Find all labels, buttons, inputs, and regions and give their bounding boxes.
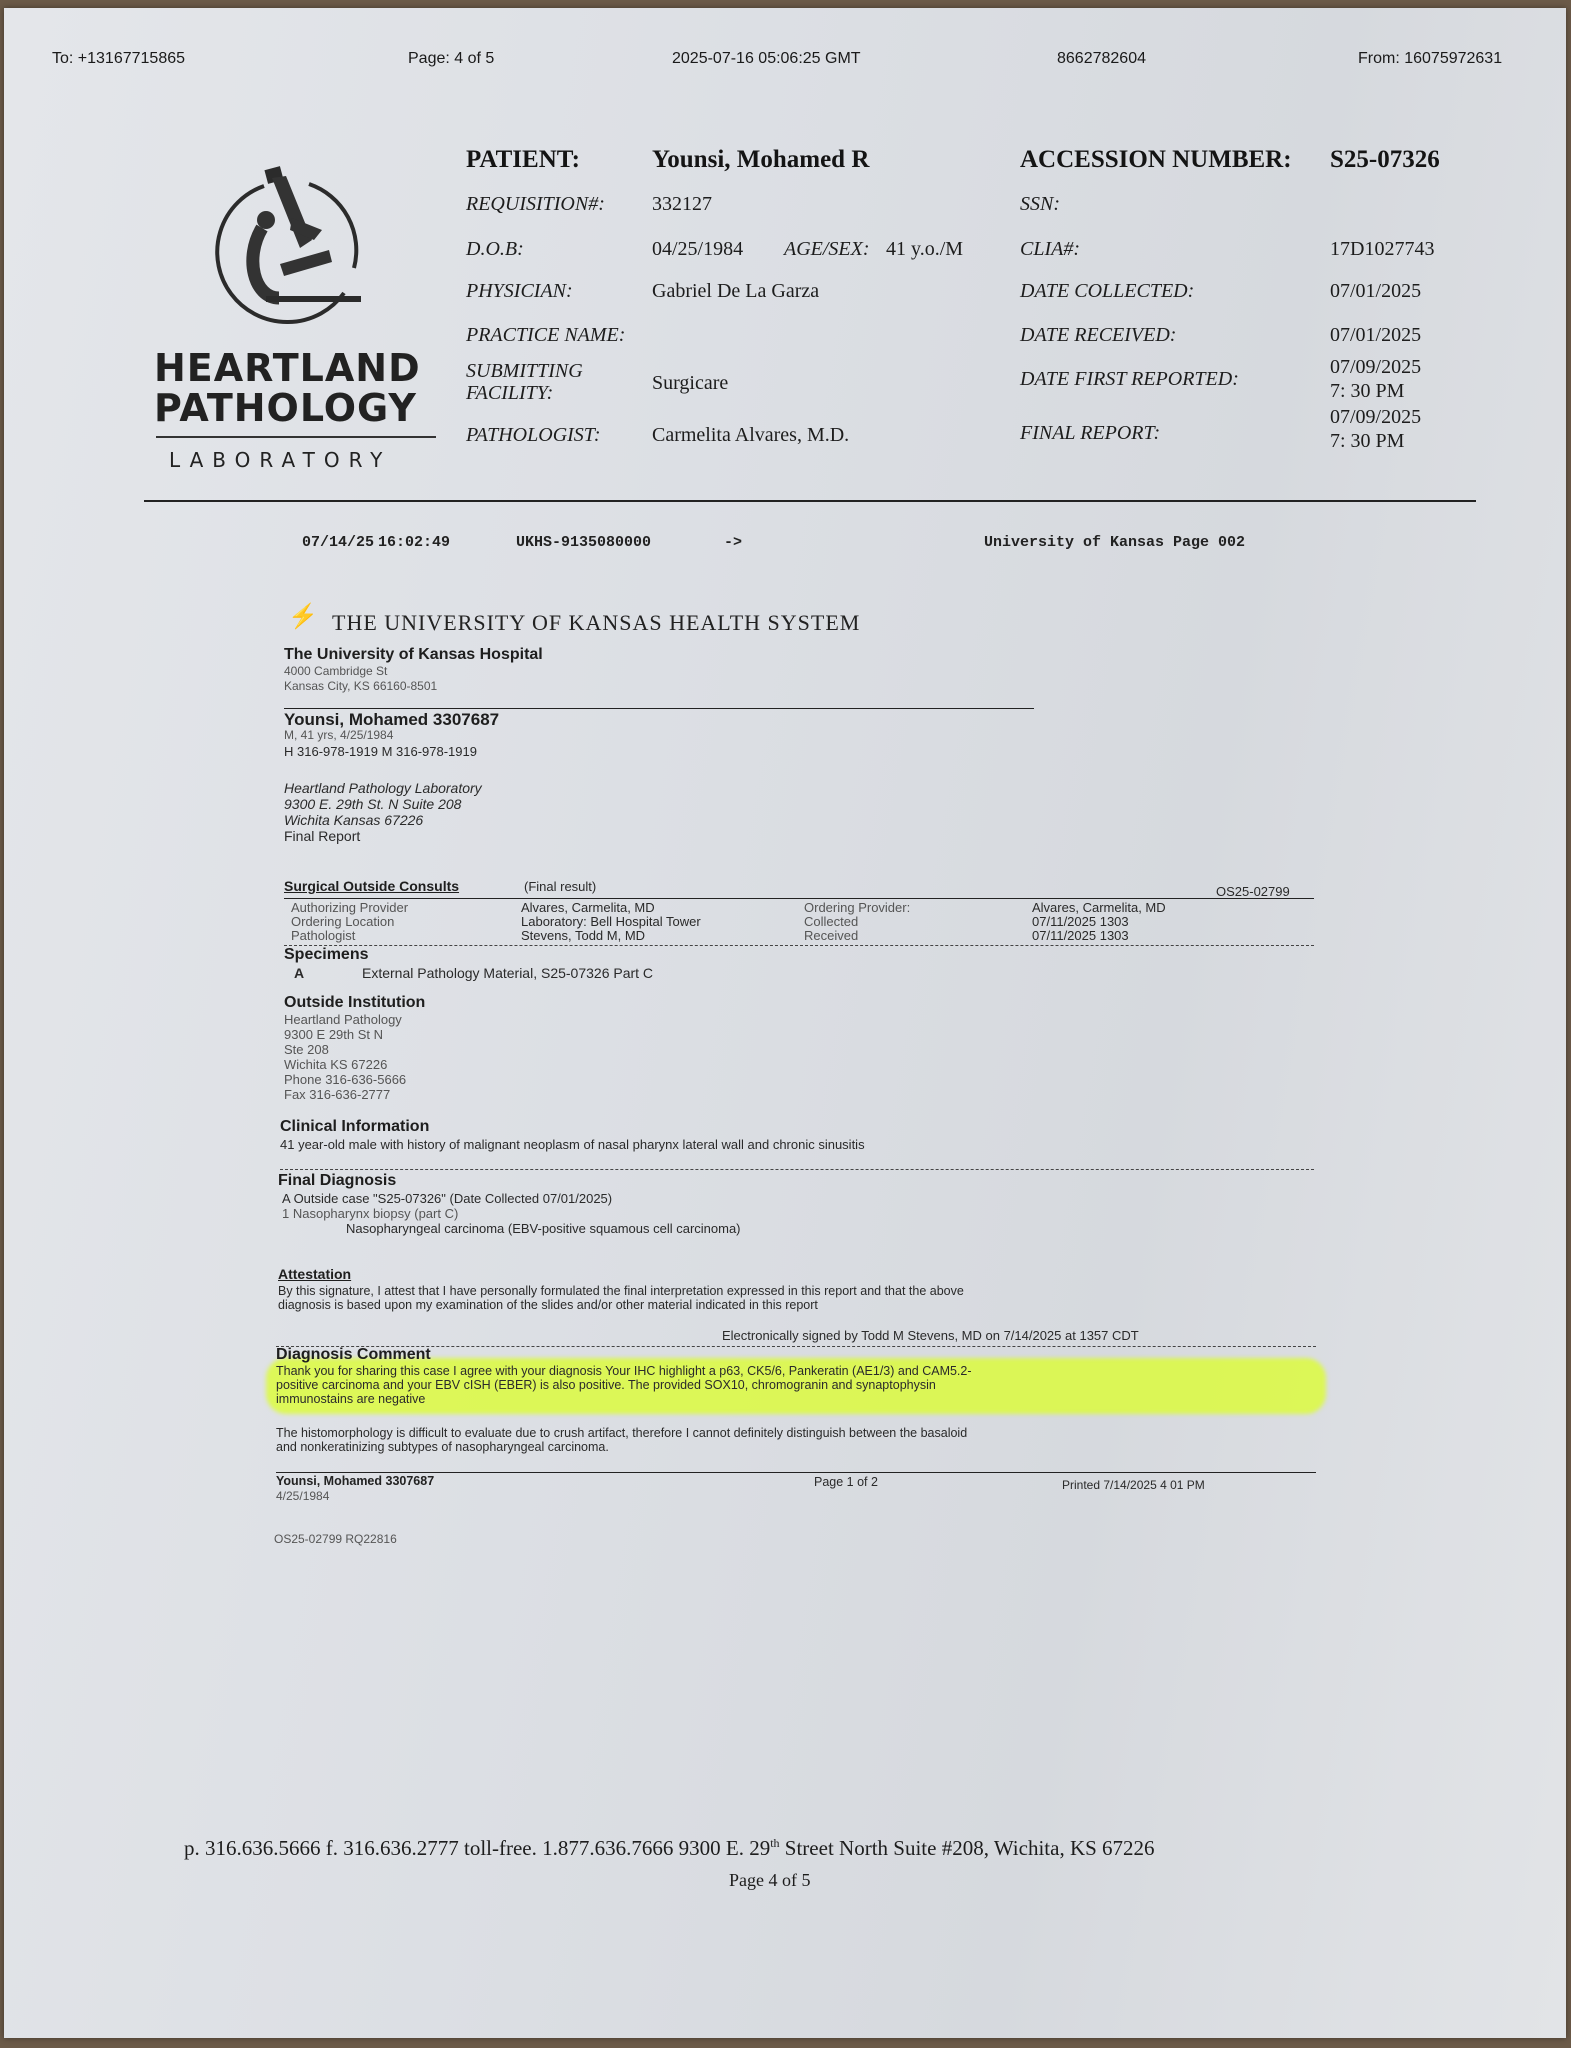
fax-page: To: +13167715865 Page: 4 of 5 2025-07-16…: [4, 8, 1566, 2038]
fax-strip-date: 07/14/25: [302, 534, 374, 551]
consult-bottom-divider: [284, 945, 1314, 946]
date-first-reported-value: 07/09/2025: [1330, 356, 1421, 379]
clinical-divider: [280, 1169, 1314, 1170]
recipient-line-2: 9300 E. 29th St. N Suite 208: [284, 796, 461, 812]
clia-label: CLIA#:: [1020, 238, 1080, 261]
practice-name-label: PRACTICE NAME:: [466, 324, 625, 347]
consult-status: (Final result): [524, 879, 596, 894]
consult-value: Laboratory: Bell Hospital Tower: [521, 914, 701, 929]
final-diagnosis-line: 1 Nasopharynx biopsy (part C): [282, 1206, 458, 1221]
clinical-info-title: Clinical Information: [280, 1118, 429, 1136]
specimens-title: Specimens: [284, 946, 368, 964]
signature-divider: [276, 1346, 1316, 1347]
dob-value: 04/25/1984: [652, 238, 743, 261]
ku-patient-demographics: M, 41 yrs, 4/25/1984: [284, 728, 393, 742]
fax-strip-source: University of Kansas Page 002: [984, 534, 1245, 551]
logo-divider: [156, 436, 436, 438]
consult-value: Stevens, Todd M, MD: [521, 928, 645, 943]
ku-divider: [284, 708, 1034, 709]
consult-key: Collected: [804, 914, 858, 929]
consult-key: Pathologist: [291, 928, 355, 943]
date-received-value: 07/01/2025: [1330, 324, 1421, 347]
lab-contact-part1: p. 316.636.5666 f. 316.636.2777 toll-fre…: [184, 1836, 770, 1860]
outside-line: Heartland Pathology: [284, 1012, 402, 1027]
ku-address2: Kansas City, KS 66160-8501: [284, 679, 437, 693]
fax-strip-time: 16:02:49: [378, 534, 450, 551]
consult-value: Alvares, Carmelita, MD: [521, 900, 655, 915]
fax-from: From: 16075972631: [1358, 50, 1502, 68]
logo-line1: HEARTLAND: [154, 346, 421, 390]
diagnosis-comment-title: Diagnosis Comment: [276, 1346, 431, 1364]
recipient-line-4: Final Report: [284, 828, 360, 844]
ku-patient-line: Younsi, Mohamed 3307687: [284, 710, 499, 730]
attestation-text-1: By this signature, I attest that I have …: [278, 1284, 964, 1298]
attestation-text-2: diagnosis is based upon my examination o…: [278, 1298, 818, 1312]
date-collected-label: DATE COLLECTED:: [1020, 280, 1194, 303]
consult-key: Authorizing Provider: [291, 900, 408, 915]
embedded-footer-patient: Younsi, Mohamed 3307687: [276, 1474, 434, 1488]
accession-label: ACCESSION NUMBER:: [1020, 146, 1292, 174]
final-diagnosis-title: Final Diagnosis: [278, 1172, 396, 1190]
header-divider: [144, 500, 1476, 502]
diagnosis-comment-line: positive carcinoma and your EBV cISH (EB…: [276, 1378, 936, 1392]
embedded-footer-dob: 4/25/1984: [276, 1489, 329, 1503]
ku-logo-icon: ⚡: [288, 602, 318, 631]
embedded-footer-divider: [276, 1472, 1316, 1473]
lab-contact-footer: p. 316.636.5666 f. 316.636.2777 toll-fre…: [184, 1836, 1155, 1861]
ku-system-name: THE UNIVERSITY OF KANSAS HEALTH SYSTEM: [332, 610, 860, 636]
age-sex-value: 41 y.o./M: [886, 238, 963, 261]
outside-line: Wichita KS 67226: [284, 1057, 387, 1072]
accession-value: S25-07326: [1330, 146, 1440, 174]
requisition-label: REQUISITION#:: [466, 193, 605, 216]
patient-name: Younsi, Mohamed R: [652, 146, 869, 174]
date-first-reported-label: DATE FIRST REPORTED:: [1020, 368, 1239, 391]
fax-to: To: +13167715865: [52, 50, 185, 68]
diagnosis-comment-line: Thank you for sharing this case I agree …: [276, 1364, 972, 1378]
logo-line2: PATHOLOGY: [154, 386, 417, 430]
page-number-footer: Page 4 of 5: [729, 1870, 810, 1891]
submitting-facility-label: SUBMITTING FACILITY:: [466, 360, 626, 404]
recipient-line-1: Heartland Pathology Laboratory: [284, 780, 482, 796]
final-report-value: 07/09/2025: [1330, 406, 1421, 429]
ku-hospital-name: The University of Kansas Hospital: [284, 646, 543, 664]
pathologist-label: PATHOLOGIST:: [466, 424, 600, 447]
consult-key: Received: [804, 928, 858, 943]
fax-number: 8662782604: [1057, 50, 1146, 68]
ku-patient-phone: H 316-978-1919 M 316-978-1919: [284, 744, 477, 759]
lab-contact-part2: Street North Suite #208, Wichita, KS 672…: [780, 1836, 1155, 1860]
consult-title: Surgical Outside Consults: [284, 878, 459, 894]
consult-key: Ordering Location: [291, 914, 394, 929]
clia-value: 17D1027743: [1330, 238, 1434, 261]
dob-label: D.O.B:: [466, 238, 524, 261]
submitting-facility-value: Surgicare: [652, 372, 728, 395]
consult-id: OS25-02799: [1216, 884, 1290, 899]
physician-label: PHYSICIAN:: [466, 280, 573, 303]
date-received-label: DATE RECEIVED:: [1020, 324, 1176, 347]
consult-key: Ordering Provider:: [804, 900, 910, 915]
logo-line3: LABORATORY: [169, 448, 391, 472]
fax-strip-arrow: ->: [724, 534, 742, 551]
outside-line: Phone 316-636-5666: [284, 1072, 406, 1087]
clinical-info-text: 41 year-old male with history of maligna…: [280, 1137, 865, 1152]
specimen-letter: A: [294, 965, 304, 981]
consult-value: Alvares, Carmelita, MD: [1032, 900, 1166, 915]
patient-label: PATIENT:: [466, 146, 580, 174]
microscope-icon: [204, 158, 374, 328]
date-first-reported-time: 7: 30 PM: [1330, 380, 1404, 403]
pathologist-value: Carmelita Alvares, M.D.: [652, 424, 849, 447]
final-diagnosis-result: Nasopharyngeal carcinoma (EBV-positive s…: [346, 1221, 741, 1236]
outside-institution-title: Outside Institution: [284, 994, 425, 1012]
ku-address1: 4000 Cambridge St: [284, 664, 387, 678]
fax-strip-id: UKHS-9135080000: [516, 534, 651, 551]
histomorphology-line: The histomorphology is difficult to eval…: [276, 1426, 967, 1440]
final-report-label: FINAL REPORT:: [1020, 422, 1160, 445]
outside-line: Fax 316-636-2777: [284, 1087, 390, 1102]
fax-page-number: Page: 4 of 5: [408, 50, 494, 68]
outside-line: Ste 208: [284, 1042, 329, 1057]
age-sex-label: AGE/SEX:: [784, 238, 870, 261]
outside-line: 9300 E 29th St N: [284, 1027, 383, 1042]
consult-value: 07/11/2025 1303: [1032, 914, 1129, 929]
physician-value: Gabriel De La Garza: [652, 280, 819, 303]
date-collected-value: 07/01/2025: [1330, 280, 1421, 303]
consult-value: 07/11/2025 1303: [1032, 928, 1129, 943]
specimen-text: External Pathology Material, S25-07326 P…: [362, 965, 653, 981]
diagnosis-comment-line: immunostains are negative: [276, 1392, 425, 1406]
final-diagnosis-line: A Outside case "S25-07326" (Date Collect…: [282, 1191, 612, 1206]
embedded-footer-printed: Printed 7/14/2025 4 01 PM: [1062, 1478, 1205, 1492]
consult-divider: [284, 898, 1314, 899]
final-report-time: 7: 30 PM: [1330, 430, 1404, 453]
embedded-footer-code: OS25-02799 RQ22816: [274, 1532, 397, 1546]
embedded-footer-page: Page 1 of 2: [814, 1475, 878, 1489]
electronic-signature: Electronically signed by Todd M Stevens,…: [722, 1328, 1139, 1343]
lab-contact-superscript: th: [770, 1836, 779, 1850]
histomorphology-line: and nonkeratinizing subtypes of nasophar…: [276, 1440, 609, 1454]
fax-timestamp: 2025-07-16 05:06:25 GMT: [672, 50, 861, 68]
requisition-value: 332127: [652, 193, 712, 216]
attestation-title: Attestation: [278, 1266, 351, 1282]
recipient-line-3: Wichita Kansas 67226: [284, 812, 423, 828]
ssn-label: SSN:: [1020, 193, 1060, 216]
